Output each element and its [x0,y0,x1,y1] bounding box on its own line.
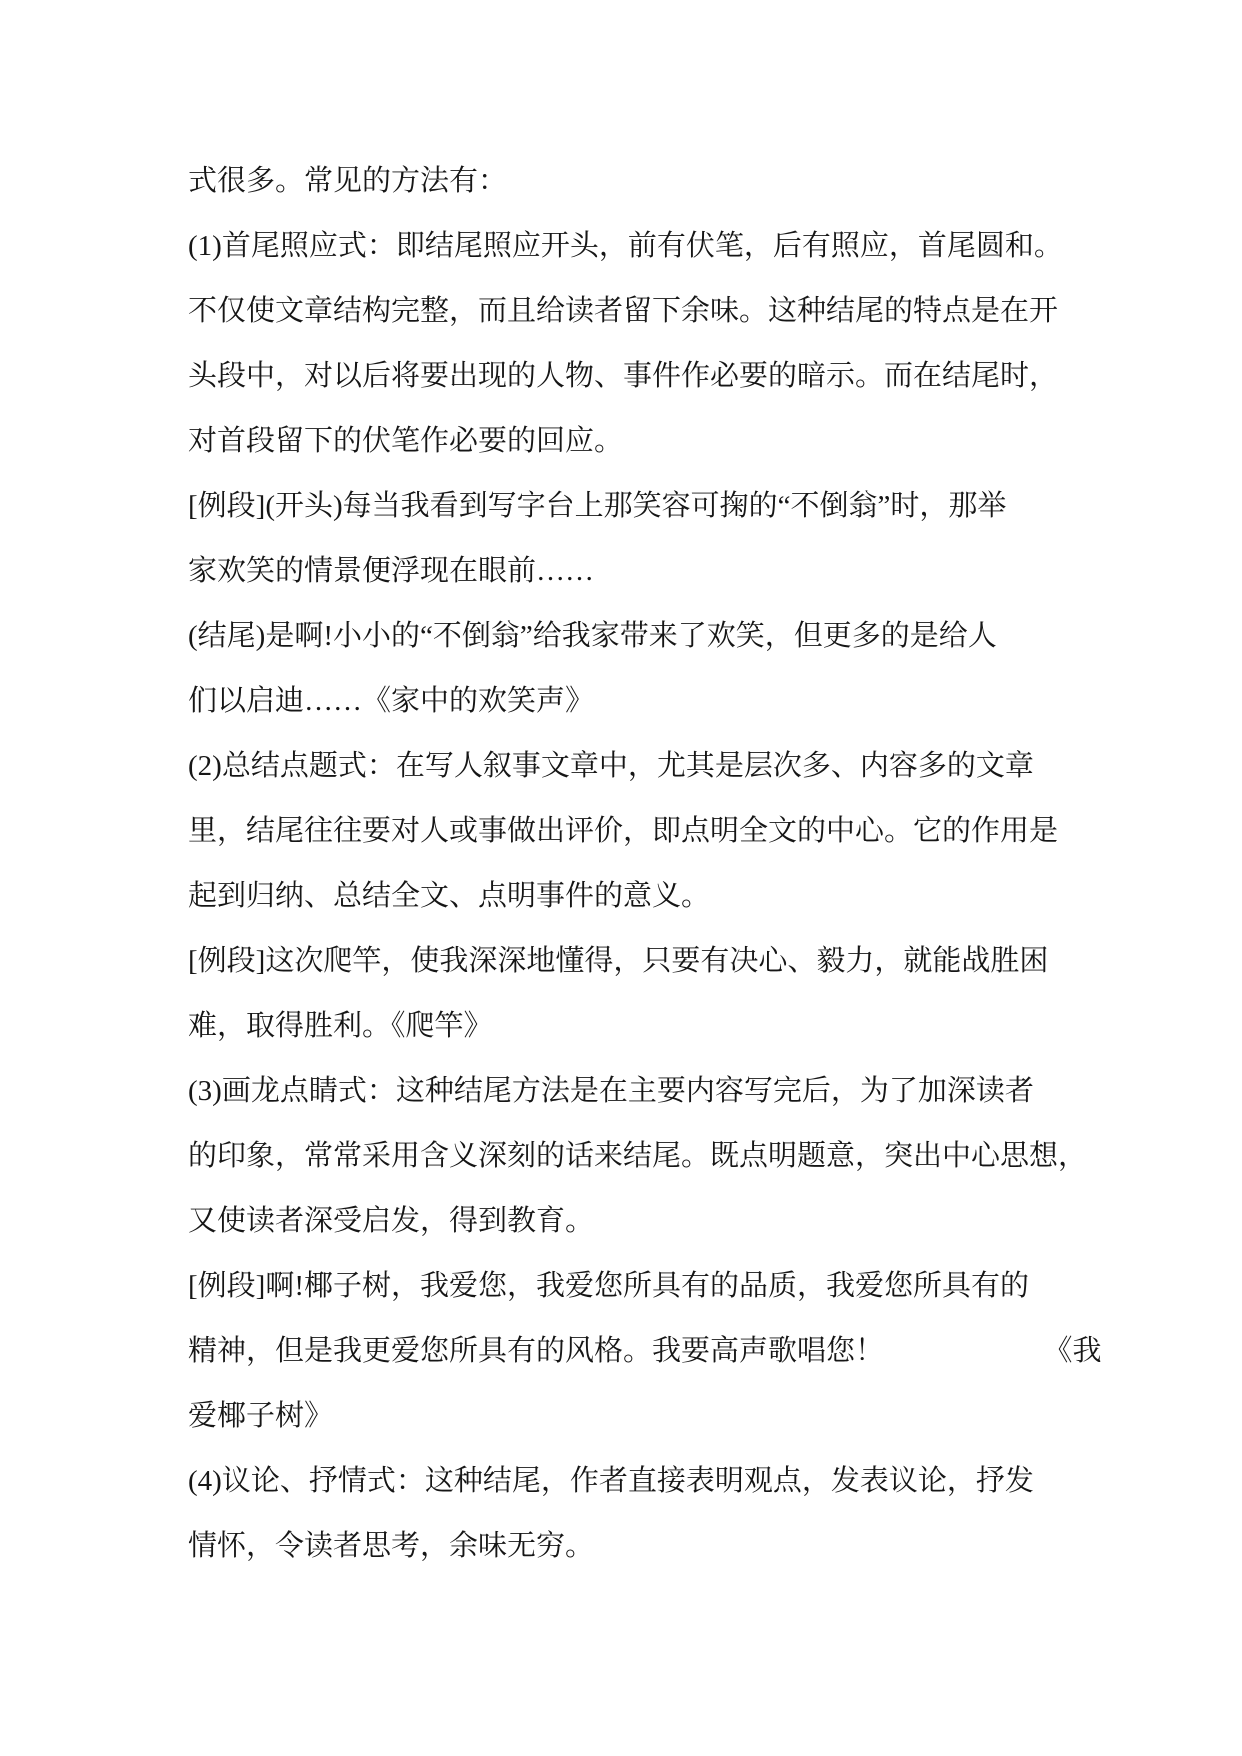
text-line: 式很多。常见的方法有： [188,149,1148,214]
text-line: (1)首尾照应式：即结尾照应开头，前有伏笔，后有照应，首尾圆和。 [188,214,1148,279]
paragraph: [例段]这次爬竿，使我深深地懂得，只要有决心、毅力，就能战胜困难，取得胜利。《爬… [188,929,1148,1059]
text-line: 难，取得胜利。《爬竿》 [188,994,1148,1059]
text-line: 爱椰子树》 [188,1384,1148,1449]
document-page: 式很多。常见的方法有：(1)首尾照应式：即结尾照应开头，前有伏笔，后有照应，首尾… [0,0,1242,1756]
paragraph: (2)总结点题式：在写人叙事文章中，尤其是层次多、内容多的文章里，结尾往往要对人… [188,734,1148,929]
text-line: [例段](开头)每当我看到写字台上那笑容可掬的“不倒翁”时，那举 [188,474,1148,539]
text-line: 头段中，对以后将要出现的人物、事件作必要的暗示。而在结尾时， [188,344,1148,409]
paragraph: (4)议论、抒情式：这种结尾，作者直接表明观点，发表议论，抒发情怀，令读者思考，… [188,1449,1148,1579]
text-line: 精神，但是我更爱您所具有的风格。我要高声歌唱您！ 《我 [188,1319,1148,1384]
paragraph: [例段]啊!椰子树，我爱您，我爱您所具有的品质，我爱您所具有的精神，但是我更爱您… [188,1254,1148,1449]
paragraph: [例段](开头)每当我看到写字台上那笑容可掬的“不倒翁”时，那举家欢笑的情景便浮… [188,474,1148,604]
text-line: 的印象，常常采用含义深刻的话来结尾。既点明题意，突出中心思想， [188,1124,1148,1189]
text-line: (2)总结点题式：在写人叙事文章中，尤其是层次多、内容多的文章 [188,734,1148,799]
text-line: 起到归纳、总结全文、点明事件的意义。 [188,864,1148,929]
text-line: 里，结尾往往要对人或事做出评价，即点明全文的中心。它的作用是 [188,799,1148,864]
paragraph: 式很多。常见的方法有： [188,149,1148,214]
text-line: (4)议论、抒情式：这种结尾，作者直接表明观点，发表议论，抒发 [188,1449,1148,1514]
text-line: 对首段留下的伏笔作必要的回应。 [188,409,1148,474]
paragraph: (1)首尾照应式：即结尾照应开头，前有伏笔，后有照应，首尾圆和。不仅使文章结构完… [188,214,1148,474]
text-line: 情怀，令读者思考，余味无穷。 [188,1514,1148,1579]
text-line: 们以启迪……《家中的欢笑声》 [188,669,1148,734]
text-line: [例段]啊!椰子树，我爱您，我爱您所具有的品质，我爱您所具有的 [188,1254,1148,1319]
text-line: 又使读者深受启发，得到教育。 [188,1189,1148,1254]
text-line: [例段]这次爬竿，使我深深地懂得，只要有决心、毅力，就能战胜困 [188,929,1148,994]
paragraph: (结尾)是啊!小小的“不倒翁”给我家带来了欢笑，但更多的是给人们以启迪……《家中… [188,604,1148,734]
text-line: 家欢笑的情景便浮现在眼前…… [188,539,1148,604]
text-line: (3)画龙点睛式：这种结尾方法是在主要内容写完后，为了加深读者 [188,1059,1148,1124]
text-line: 不仅使文章结构完整，而且给读者留下余味。这种结尾的特点是在开 [188,279,1148,344]
paragraph: (3)画龙点睛式：这种结尾方法是在主要内容写完后，为了加深读者的印象，常常采用含… [188,1059,1148,1254]
text-line: (结尾)是啊!小小的“不倒翁”给我家带来了欢笑，但更多的是给人 [188,604,1148,669]
document-body: 式很多。常见的方法有：(1)首尾照应式：即结尾照应开头，前有伏笔，后有照应，首尾… [188,149,1148,1579]
